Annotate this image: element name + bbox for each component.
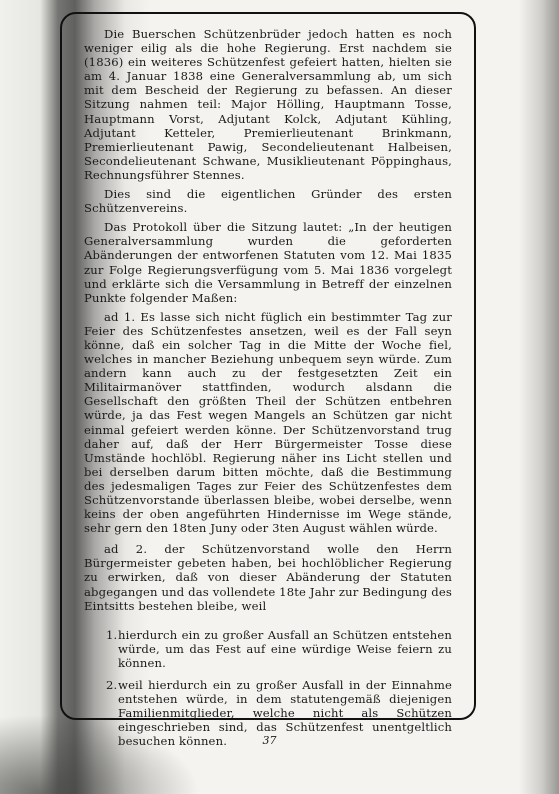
paragraph-ad-2: ad 2. der Schützenvorstand wolle den Her…	[84, 542, 452, 612]
list-item-text: hierdurch ein zu großer Ausfall an Schüt…	[118, 628, 452, 670]
page-number-text: 37	[263, 734, 277, 747]
paragraph-protocol-intro: Das Protokoll über die Sitzung lautet: „…	[84, 220, 452, 305]
paragraph-ad-1: ad 1. Es lasse sich nicht füglich ein be…	[84, 310, 452, 536]
page-edge-shadow	[519, 0, 559, 794]
page-number: 37	[0, 734, 559, 747]
list-item-number: 1.	[106, 628, 118, 670]
paragraph-founders-note: Dies sind die eigentlichen Gründer des e…	[84, 187, 452, 215]
page-body-text: Die Buerschen Schützenbrüder jedoch hatt…	[84, 27, 452, 757]
paragraph-founders-meeting: Die Buerschen Schützenbrüder jedoch hatt…	[84, 27, 452, 182]
list-item: 1. hierdurch ein zu großer Ausfall an Sc…	[84, 628, 452, 670]
